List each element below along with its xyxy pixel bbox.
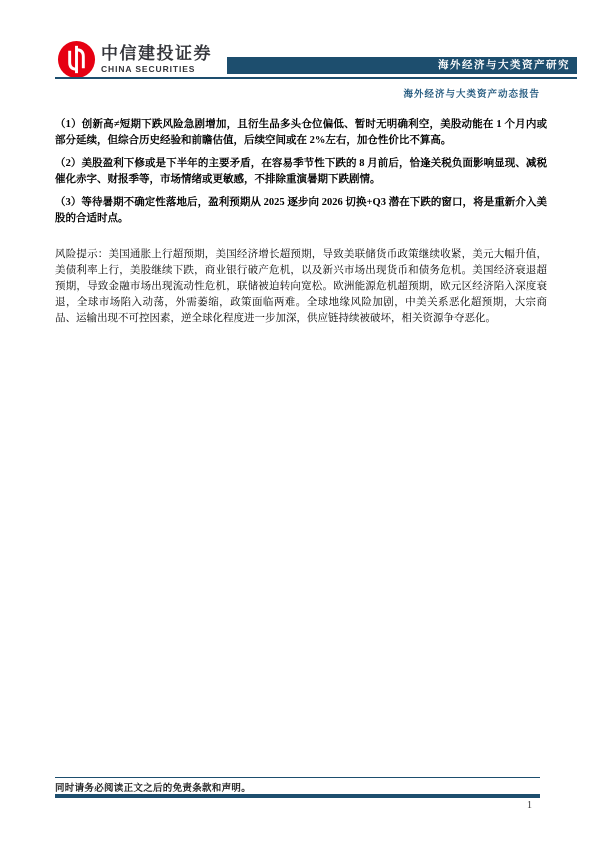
research-series-banner: 海外经济与大类资产研究 xyxy=(227,57,577,74)
risk-warning: 风险提示：美国通胀上行超预期，美国经济增长超预期，导致美联储货币政策继续收紧，美… xyxy=(55,247,547,327)
company-name: 中信建投证券 CHINA SECURITIES xyxy=(101,45,212,74)
report-subtitle: 海外经济与大类资产动态报告 xyxy=(227,86,540,100)
page-number: 1 xyxy=(55,800,532,811)
summary-point-2: （2）美股盈利下修或是下半年的主要矛盾，在容易季节性下跌的 8 月前后，恰逢关税… xyxy=(55,156,547,188)
summary-point-3: （3）等待暑期不确定性落地后，盈利预期从 2025 逐步向 2026 切换+Q3… xyxy=(55,195,547,227)
footer-disclaimer: 同时请务必阅读正文之后的免责条款和声明。 xyxy=(55,780,540,794)
company-name-en: CHINA SECURITIES xyxy=(101,65,212,74)
report-page: 中信建投证券 CHINA SECURITIES 海外经济与大类资产研究 海外经济… xyxy=(0,0,595,842)
csc-logo-icon xyxy=(57,40,96,79)
header-divider xyxy=(55,77,577,79)
summary-point-1: （1）创新高≠短期下跌风险急剧增加，且衍生品多头仓位偏低、暂时无明确利空，美股动… xyxy=(55,117,547,149)
company-name-cn: 中信建投证券 xyxy=(101,45,212,62)
footer-top-divider xyxy=(55,777,540,778)
risk-warning-text: 美国通胀上行超预期，美国经济增长超预期，导致美联储货币政策继续收紧，美元大幅升值… xyxy=(55,249,547,324)
footer-bottom-divider xyxy=(55,794,540,798)
report-body: （1）创新高≠短期下跌风险急剧增加，且衍生品多头仓位偏低、暂时无明确利空，美股动… xyxy=(55,117,547,327)
company-logo: 中信建投证券 CHINA SECURITIES xyxy=(57,40,212,79)
risk-warning-label: 风险提示： xyxy=(55,249,109,260)
